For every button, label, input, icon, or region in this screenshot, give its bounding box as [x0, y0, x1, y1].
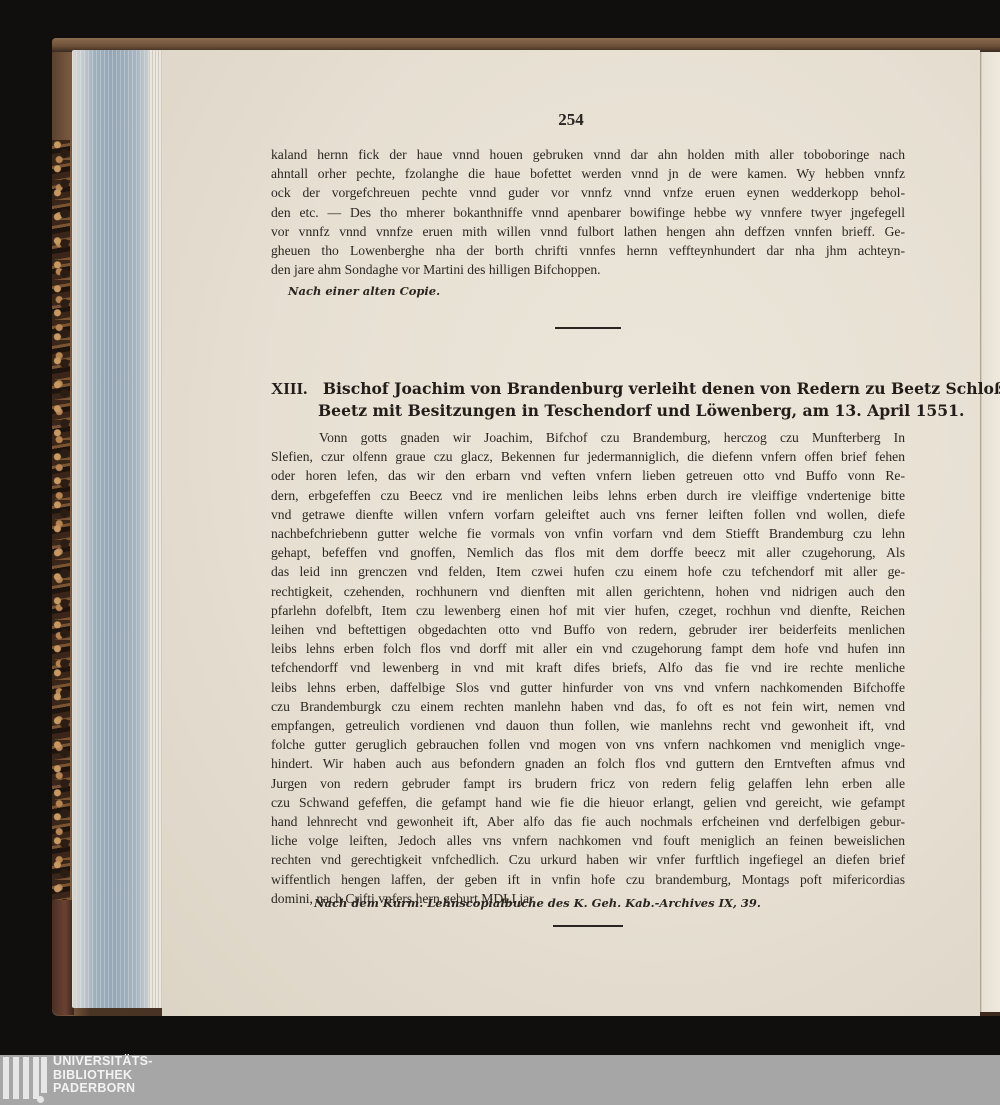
end-divider [553, 925, 623, 927]
logo-dot-icon [37, 1096, 44, 1103]
text-line: dern, erbgefeffen czu Beecz vnd ire menl… [271, 486, 905, 505]
text-line: empfangen, getreulich vordienen vnd dauo… [271, 716, 905, 735]
text-line: liche volge leiften, Jedoch alles vns vn… [271, 831, 905, 850]
charter-text: Vonn gotts gnaden wir Joachim, Bifchof c… [271, 428, 905, 908]
text-line: das leid inn grenczen vnd felden, Item c… [271, 562, 905, 581]
text-line: hindert. Wir haben auch aus befondern gn… [271, 754, 905, 773]
text-line: Slefien, czur olfenn graue czu glacz, Be… [271, 447, 905, 466]
continuation-text: kaland hernn fick der haue vnnd houen ge… [271, 145, 905, 279]
logo-line-3: PADERBORN [53, 1082, 153, 1096]
text-line: rechtigkeit, czehenden, rochhunern vnd d… [271, 582, 905, 601]
text-line: vor vnnfz vnnd vnnfze eruen mith willen … [271, 222, 905, 241]
leather-corner [52, 900, 74, 1015]
text-line: ock der vorgefchreuen pechte vnnd guder … [271, 183, 905, 202]
logo-line-1: UNIVERSITÄTS- [53, 1055, 153, 1069]
text-line: Vonn gotts gnaden wir Joachim, Bifchof c… [271, 428, 905, 447]
text-line: czu Brandemburgk czu einem rechten manle… [271, 697, 905, 716]
marbled-cover-strip [52, 140, 70, 900]
text-line: leihen vnd beftettigen obgedachten otto … [271, 620, 905, 639]
text-line: wiffentlich hengen laffen, der geben ift… [271, 870, 905, 889]
section-heading: XIII. Bischof Joachim von Brandenburg ve… [271, 378, 911, 422]
footer-bar: UNIVERSITÄTS- BIBLIOTHEK PADERBORN [0, 1055, 1000, 1105]
text-line: gheuen tho Lowenberghe nha der borth chr… [271, 241, 905, 260]
text-line: hand lehnrecht vnd gewonheit ift, Aber a… [271, 812, 905, 831]
text-line: kaland hernn fick der haue vnnd houen ge… [271, 145, 905, 164]
page-number: 254 [162, 110, 980, 130]
text-line: leibs lehns erben, daffelbige Slos vnd g… [271, 678, 905, 697]
text-line: pfarlehn dofelbft, Item czu lewenberg ei… [271, 601, 905, 620]
text-line: rechten vnd gerechtigkeit vnfchedlich. C… [271, 850, 905, 869]
text-line: vnd getrawe dienfte willen vnfern vorfar… [271, 505, 905, 524]
section-divider [555, 327, 621, 329]
text-line: czu Schwand gefeffen, die gefampt hand w… [271, 793, 905, 812]
text-line: ahntall orher pechte, fzolanghe die haue… [271, 164, 905, 183]
text-line: tefchendorff vnd lewenberg in vnd mit kr… [271, 658, 905, 677]
text-line: leibs lehns erben folch flos vnd dorff m… [271, 639, 905, 658]
next-leaf-edge [980, 52, 1000, 1012]
section-title-line-1: Bischof Joachim von Brandenburg verleiht… [323, 379, 1000, 398]
text-line: nachbefchriebenn gutter welche fie vorma… [271, 524, 905, 543]
source-note: Nach dem Kurm. Lehnscopialbuche des K. G… [314, 896, 761, 910]
section-title-line-2: Beetz mit Besitzungen in Teschendorf und… [271, 400, 911, 422]
text-line: oder horen lefen, das wir den erbarn vnd… [271, 466, 905, 485]
section-number: XIII. [271, 379, 307, 398]
text-line: den etc. — Des tho mherer bokanthniffe v… [271, 203, 905, 222]
logo-line-2: BIBLIOTHEK [53, 1069, 153, 1083]
text-line: den jare ahm Sondaghe vor Martini des hi… [271, 260, 905, 279]
text-line: folche gutter geruglich gebrauchen folle… [271, 735, 905, 754]
source-note: Nach einer alten Copie. [288, 284, 440, 298]
library-logo-text: UNIVERSITÄTS- BIBLIOTHEK PADERBORN [53, 1055, 153, 1096]
book-page: 254 kaland hernn fick der haue vnnd houe… [162, 50, 980, 1016]
scan-image: 254 kaland hernn fick der haue vnnd houe… [0, 0, 1000, 1055]
text-line: gehapt, befeffen vnd gnoffen, Nemlich da… [271, 543, 905, 562]
text-line: Jurgen von redern gebruder fampt irs bru… [271, 774, 905, 793]
page-edges-stack [72, 50, 164, 1008]
